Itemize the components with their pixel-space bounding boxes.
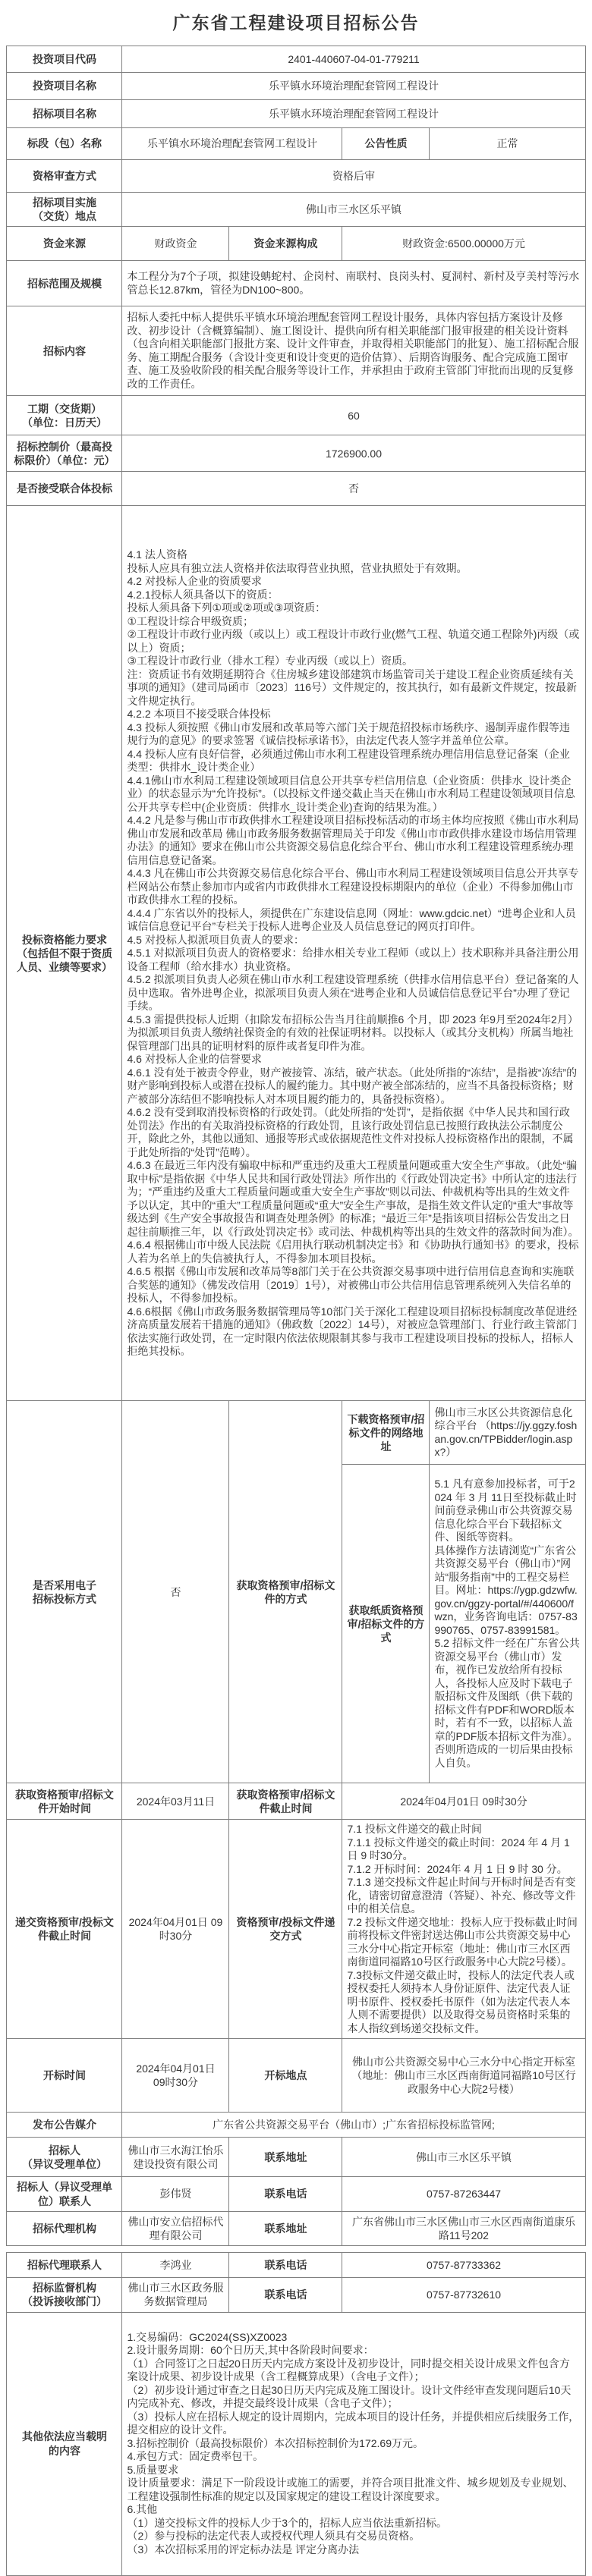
notice-nature-value: 正常: [430, 128, 585, 160]
table-row: 其他依法应当载明 的内容 1.交易编码：GC2024(SS)XZ0023 2.设…: [7, 2312, 585, 2575]
download-address-value: 佛山市三水区公共资源信息化综合平台 （https://jy.ggzy.fosha…: [430, 1401, 585, 1465]
bid-opening-time-value: 2024年04月01日 09时30分: [122, 2039, 229, 2113]
obtain-start-value: 2024年03月11日: [122, 1783, 229, 1820]
table-row: 招标内容 招标人委托中标人提供乐平镇水环境治理配套管网工程设计服务，具体内容包括…: [7, 306, 585, 396]
table-row: 招标代理联系人 李鸿业 联系电话 0757-87733362: [7, 2253, 585, 2278]
agency-label: 招标代理机构: [7, 2211, 122, 2245]
qual-review-label: 资格审查方式: [7, 160, 122, 193]
electronic-bidding-value: 否: [122, 1401, 229, 1783]
table-row: 招标人（异议受理单位）联系人 彭伟贤 联系电话 0757-87263447: [7, 2177, 585, 2211]
agency-tel-value: 0757-87733362: [342, 2253, 585, 2278]
funding-label: 资金来源: [7, 227, 122, 261]
download-address-label: 下载资格预审/招标文件的网络地址: [342, 1401, 430, 1465]
supervision-value: 佛山市三水区政务服务数据管理局: [122, 2278, 229, 2312]
table-row: 工期（交货期） （单位：日历天） 60: [7, 396, 585, 435]
submission-method-label: 资格预审/投标文件递交方式: [229, 1820, 342, 2039]
content-value: 招标人委托中标人提供乐平镇水环境治理配套管网工程设计服务，具体内容包括方案设计及…: [122, 306, 585, 396]
qual-review-value: 资格后审: [122, 160, 585, 193]
price-limit-label: 招标控制价（最高投标限价）（单位：元）: [7, 435, 122, 472]
table-row: 招标代理机构 佛山市安立信招标代理有限公司 联系地址 广东省佛山市三水区佛山市三…: [7, 2211, 585, 2245]
bid-opening-time-label: 开标时间: [7, 2039, 122, 2113]
table-row: 招标人 （异议受理单位） 佛山市三水海江怡乐建设投资有限公司 联系地址 佛山市三…: [7, 2138, 585, 2177]
invest-name-label: 投资项目名称: [7, 73, 122, 100]
tender-announcement-page: 广东省工程建设项目招标公告 投资项目代码 2401-440607-04-01-7…: [0, 0, 592, 2576]
table-row: 资金来源 财政资金 资金来源构成 财政资金:6500.00000万元: [7, 227, 585, 261]
agency-tel-label: 联系电话: [229, 2253, 342, 2278]
table-row: 投资项目代码 2401-440607-04-01-779211: [7, 46, 585, 73]
obtain-end-label: 获取资格预审/招标文件截止时间: [229, 1783, 342, 1820]
agency-value: 佛山市安立信招标代理有限公司: [122, 2211, 229, 2245]
table-row: 招标项目实施 （交货）地点 佛山市三水区乐平镇: [7, 193, 585, 227]
table-row: 获取资格预审/招标文件开始时间 2024年03月11日 获取资格预审/招标文件截…: [7, 1783, 585, 1820]
submission-method-value: 7.1 投标文件递交的截止时间 7.1.1 投标文件递交的截止时间：2024 年…: [342, 1820, 585, 2039]
electronic-bidding-label: 是否采用电子 招标投标方式: [7, 1401, 122, 1783]
section-label: 标段（包）名称: [7, 128, 122, 160]
supervision-tel-value: 0757-87732610: [342, 2278, 585, 2312]
scope-label: 招标范围及规模: [7, 261, 122, 306]
tenderer-tel-label: 联系电话: [229, 2177, 342, 2211]
table-row: 是否接受联合体投标 否: [7, 472, 585, 506]
funding-composition-label: 资金来源构成: [229, 227, 342, 261]
location-label: 招标项目实施 （交货）地点: [7, 193, 122, 227]
tender-contact-table: 招标代理联系人 李鸿业 联系电话 0757-87733362 招标监督机构 （投…: [6, 2252, 585, 2575]
submission-deadline-value: 2024年04月01日 09时30分: [122, 1820, 229, 2039]
price-limit-value: 1726900.00: [122, 435, 585, 472]
tenderer-value: 佛山市三水海江怡乐建设投资有限公司: [122, 2138, 229, 2177]
qualification-value: 4.1 法人资格 投标人应具有独立法人资格并依法取得营业执照，营业执照处于有效期…: [122, 506, 585, 1401]
table-row: 招标控制价（最高投标限价）（单位：元） 1726900.00: [7, 435, 585, 472]
notice-nature-label: 公告性质: [342, 128, 430, 160]
bid-opening-place-label: 开标地点: [229, 2039, 342, 2113]
table-row: 开标时间 2024年04月01日 09时30分 开标地点 佛山市公共资源交易中心…: [7, 2039, 585, 2113]
agency-address-value: 广东省佛山市三水区佛山市三水区西南街道康乐路11号202: [342, 2211, 585, 2245]
section-value: 乐平镇水环境治理配套管网工程设计: [122, 128, 342, 160]
tenderer-address-value: 佛山市三水区乐平镇: [342, 2138, 585, 2177]
supervision-label: 招标监督机构 （投诉接收部门）: [7, 2278, 122, 2312]
content-label: 招标内容: [7, 306, 122, 396]
tenderer-contact-label: 招标人（异议受理单位）联系人: [7, 2177, 122, 2211]
tender-name-label: 招标项目名称: [7, 100, 122, 128]
table-section-gap: [0, 2246, 592, 2252]
table-row: 资格审查方式 资格后审: [7, 160, 585, 193]
consortium-label: 是否接受联合体投标: [7, 472, 122, 506]
scope-value: 本工程分为7个子项，拟建设蚺蛇村、企岗村、南联村、良岗头村、夏洞村、新村及亨美村…: [122, 261, 585, 306]
table-row: 招标项目名称 乐平镇水环境治理配套管网工程设计: [7, 100, 585, 128]
paper-obtain-label: 获取纸质资格预审/招标文件的方式: [342, 1465, 430, 1783]
other-content-label: 其他依法应当载明 的内容: [7, 2312, 122, 2575]
table-row: 递交资格预审/投标文件截止时间 2024年04月01日 09时30分 资格预审/…: [7, 1820, 585, 2039]
table-row: 标段（包）名称 乐平镇水环境治理配套管网工程设计 公告性质 正常: [7, 128, 585, 160]
duration-label: 工期（交货期） （单位：日历天）: [7, 396, 122, 435]
agency-address-label: 联系地址: [229, 2211, 342, 2245]
bid-opening-place-value: 佛山市公共资源交易中心三水分中心指定开标室（地址：佛山市三水区西南街道同福路10…: [342, 2039, 585, 2113]
location-value: 佛山市三水区乐平镇: [122, 193, 585, 227]
page-title: 广东省工程建设项目招标公告: [0, 9, 592, 34]
media-value: 广东省公共资源交易平台（佛山市）;广东省招标投标监管网;: [122, 2113, 585, 2138]
funding-composition-value: 财政资金:6500.00000万元: [342, 227, 585, 261]
agency-contact-label: 招标代理联系人: [7, 2253, 122, 2278]
submission-deadline-label: 递交资格预审/投标文件截止时间: [7, 1820, 122, 2039]
tender-name-value: 乐平镇水环境治理配套管网工程设计: [122, 100, 585, 128]
qualification-label: 投标资格能力要求（包括但不限于资质人员、业绩等要求）: [7, 506, 122, 1401]
paper-obtain-value: 5.1 凡有意参加投标者，可于2024 年 3 月 11日至投标截止时间前登录佛…: [430, 1465, 585, 1783]
tenderer-address-label: 联系地址: [229, 2138, 342, 2177]
invest-name-value: 乐平镇水环境治理配套管网工程设计: [122, 73, 585, 100]
obtain-method-label: 获取资格预审/招标文件的方式: [229, 1401, 342, 1783]
media-label: 发布公告媒介: [7, 2113, 122, 2138]
table-row: 招标范围及规模 本工程分为7个子项，拟建设蚺蛇村、企岗村、南联村、良岗头村、夏洞…: [7, 261, 585, 306]
table-row: 是否采用电子 招标投标方式 否 获取资格预审/招标文件的方式 下载资格预审/招标…: [7, 1401, 585, 1465]
table-row: 招标监督机构 （投诉接收部门） 佛山市三水区政务服务数据管理局 联系电话 075…: [7, 2278, 585, 2312]
tenderer-label: 招标人 （异议受理单位）: [7, 2138, 122, 2177]
table-row: 投资项目名称 乐平镇水环境治理配套管网工程设计: [7, 73, 585, 100]
other-content-value: 1.交易编码：GC2024(SS)XZ0023 2.设计服务周期：60个日历天,…: [122, 2312, 585, 2575]
table-row: 投标资格能力要求（包括但不限于资质人员、业绩等要求） 4.1 法人资格 投标人应…: [7, 506, 585, 1401]
tenderer-tel-value: 0757-87263447: [342, 2177, 585, 2211]
duration-value: 60: [122, 396, 585, 435]
tender-info-table: 投资项目代码 2401-440607-04-01-779211 投资项目名称 乐…: [6, 46, 585, 2246]
funding-value: 财政资金: [122, 227, 229, 261]
obtain-end-value: 2024年04月01日 09时30分: [342, 1783, 585, 1820]
consortium-value: 否: [122, 472, 585, 506]
invest-code-value: 2401-440607-04-01-779211: [122, 46, 585, 73]
supervision-tel-label: 联系电话: [229, 2278, 342, 2312]
agency-contact-value: 李鸿业: [122, 2253, 229, 2278]
obtain-start-label: 获取资格预审/招标文件开始时间: [7, 1783, 122, 1820]
table-row: 发布公告媒介 广东省公共资源交易平台（佛山市）;广东省招标投标监管网;: [7, 2113, 585, 2138]
tenderer-contact-value: 彭伟贤: [122, 2177, 229, 2211]
invest-code-label: 投资项目代码: [7, 46, 122, 73]
